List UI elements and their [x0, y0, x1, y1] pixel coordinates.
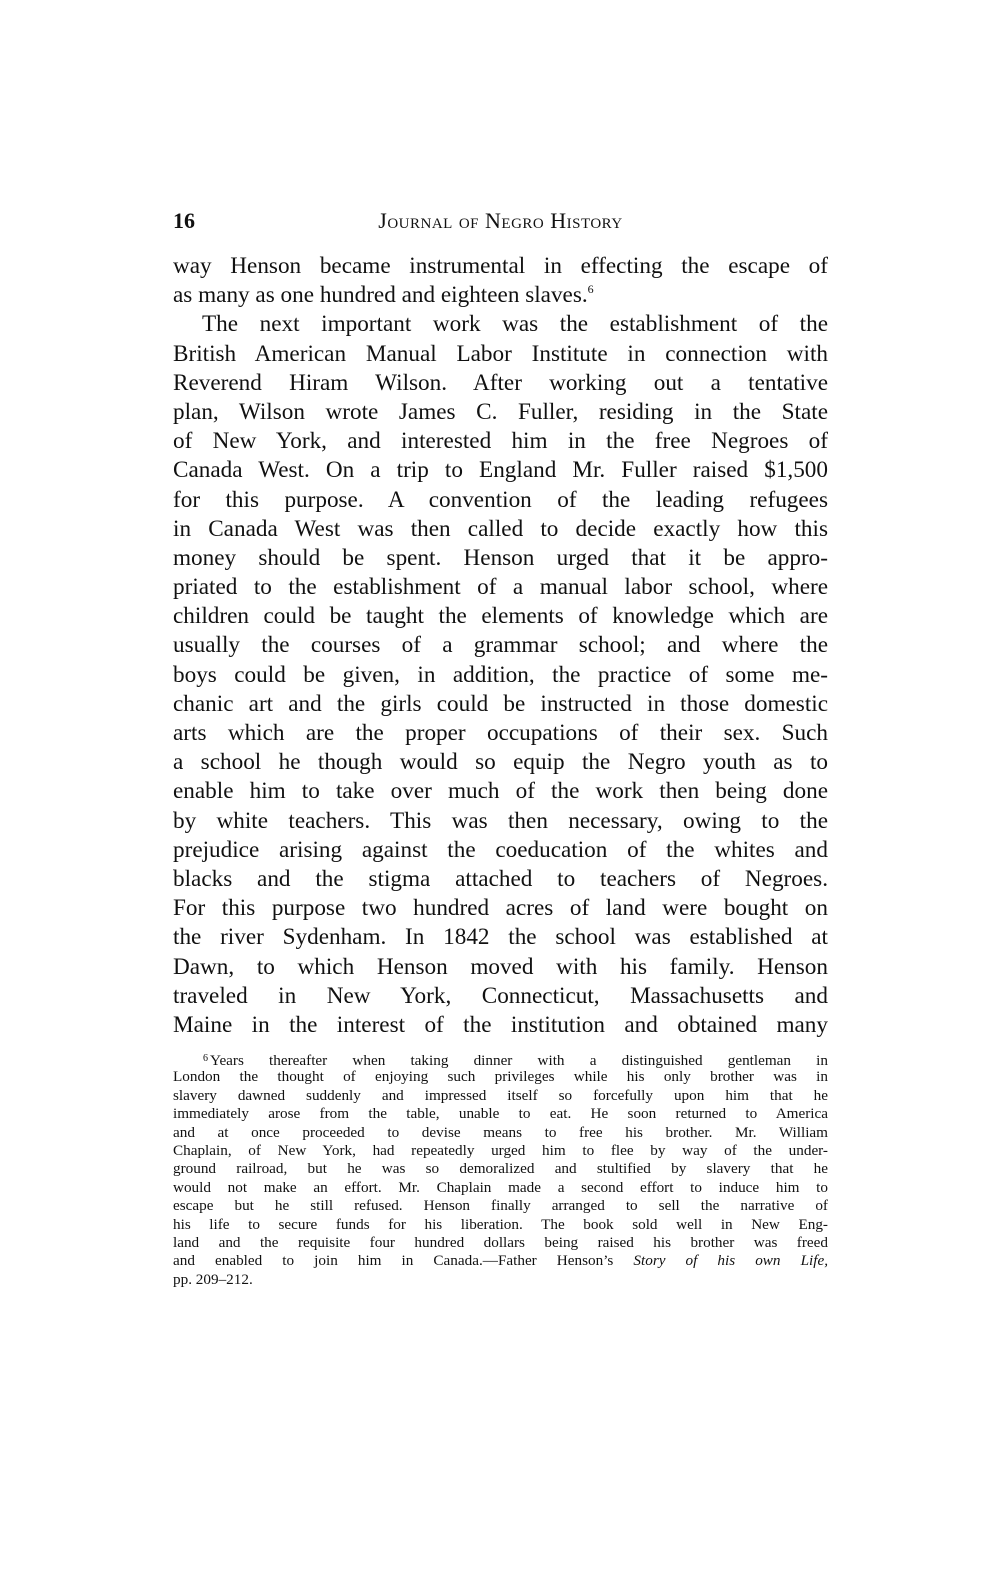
- footnote-citation-prefix: and enabled to join him in Canada.—Fathe…: [173, 1252, 633, 1269]
- body-line-text: as many as one hundred and eighteen slav…: [173, 282, 588, 308]
- body-line: Canada West. On a trip to England Mr. Fu…: [173, 456, 828, 485]
- body-line: by white teachers. This was then necessa…: [173, 807, 828, 836]
- body-line: of New York, and interested him in the f…: [173, 427, 828, 456]
- body-line: boys could be given, in addition, the pr…: [173, 661, 828, 690]
- footnote-reference[interactable]: 6: [588, 282, 594, 296]
- body-line: priated to the establishment of a manual…: [173, 573, 828, 602]
- body-line: as many as one hundred and eighteen slav…: [173, 281, 828, 310]
- footnote-line: ground railroad, but he was so demoraliz…: [173, 1160, 828, 1178]
- body-line: money should be spent. Henson urged that…: [173, 544, 828, 573]
- body-line: chanic art and the girls could be instru…: [173, 690, 828, 719]
- footnote-line: London the thought of enjoying such priv…: [173, 1068, 828, 1086]
- cited-book-title: Story of his own Life,: [633, 1252, 828, 1269]
- body-line: usually the courses of a grammar school;…: [173, 631, 828, 660]
- body-line: the river Sydenham. In 1842 the school w…: [173, 923, 828, 952]
- body-line: Reverend Hiram Wilson. After working out…: [173, 369, 828, 398]
- body-line: For this purpose two hundred acres of la…: [173, 894, 828, 923]
- document-page: 16 Journal of Negro History way Henson b…: [0, 0, 1000, 1574]
- body-line: way Henson became instrumental in effect…: [173, 252, 828, 281]
- footnote-marker: 6: [203, 1053, 208, 1064]
- body-line: a school he though would so equip the Ne…: [173, 748, 828, 777]
- footnote: 6Years thereafter when taking dinner wit…: [173, 1050, 828, 1289]
- body-line: plan, Wilson wrote James C. Fuller, resi…: [173, 398, 828, 427]
- footnote-line: his life to secure funds for his liberat…: [173, 1216, 828, 1234]
- journal-title: Journal of Negro History: [173, 208, 828, 234]
- footnote-line: and at once proceeded to devise means to…: [173, 1124, 828, 1142]
- body-line: for this purpose. A convention of the le…: [173, 486, 828, 515]
- footnote-line: land and the requisite four hundred doll…: [173, 1234, 828, 1252]
- footnote-line: would not make an effort. Mr. Chaplain m…: [173, 1179, 828, 1197]
- footnote-line: immediately arose from the table, unable…: [173, 1105, 828, 1123]
- body-text: way Henson became instrumental in effect…: [173, 252, 828, 1040]
- body-line: enable him to take over much of the work…: [173, 777, 828, 806]
- footnote-line: escape but he still refused. Henson fina…: [173, 1197, 828, 1215]
- footnote-line: slavery dawned suddenly and impressed it…: [173, 1087, 828, 1105]
- footnote-line: Chaplain, of New York, had repeatedly ur…: [173, 1142, 828, 1160]
- body-line: prejudice arising against the coeducatio…: [173, 836, 828, 865]
- footnote-line: 6Years thereafter when taking dinner wit…: [173, 1050, 828, 1068]
- body-line: Maine in the interest of the institution…: [173, 1011, 828, 1040]
- body-line: arts which are the proper occupations of…: [173, 719, 828, 748]
- body-line: British American Manual Labor Institute …: [173, 340, 828, 369]
- body-line: Dawn, to which Henson moved with his fam…: [173, 953, 828, 982]
- footnote-line-text: Years thereafter when taking dinner with…: [210, 1052, 828, 1069]
- footnote-line: and enabled to join him in Canada.—Fathe…: [173, 1252, 828, 1270]
- body-line: children could be taught the elements of…: [173, 602, 828, 631]
- running-head: 16 Journal of Negro History: [173, 208, 828, 238]
- body-line: traveled in New York, Connecticut, Massa…: [173, 982, 828, 1011]
- footnote-pages: pp. 209–212.: [173, 1271, 828, 1289]
- body-line: in Canada West was then called to decide…: [173, 515, 828, 544]
- body-line: The next important work was the establis…: [173, 310, 828, 339]
- body-line: blacks and the stigma attached to teache…: [173, 865, 828, 894]
